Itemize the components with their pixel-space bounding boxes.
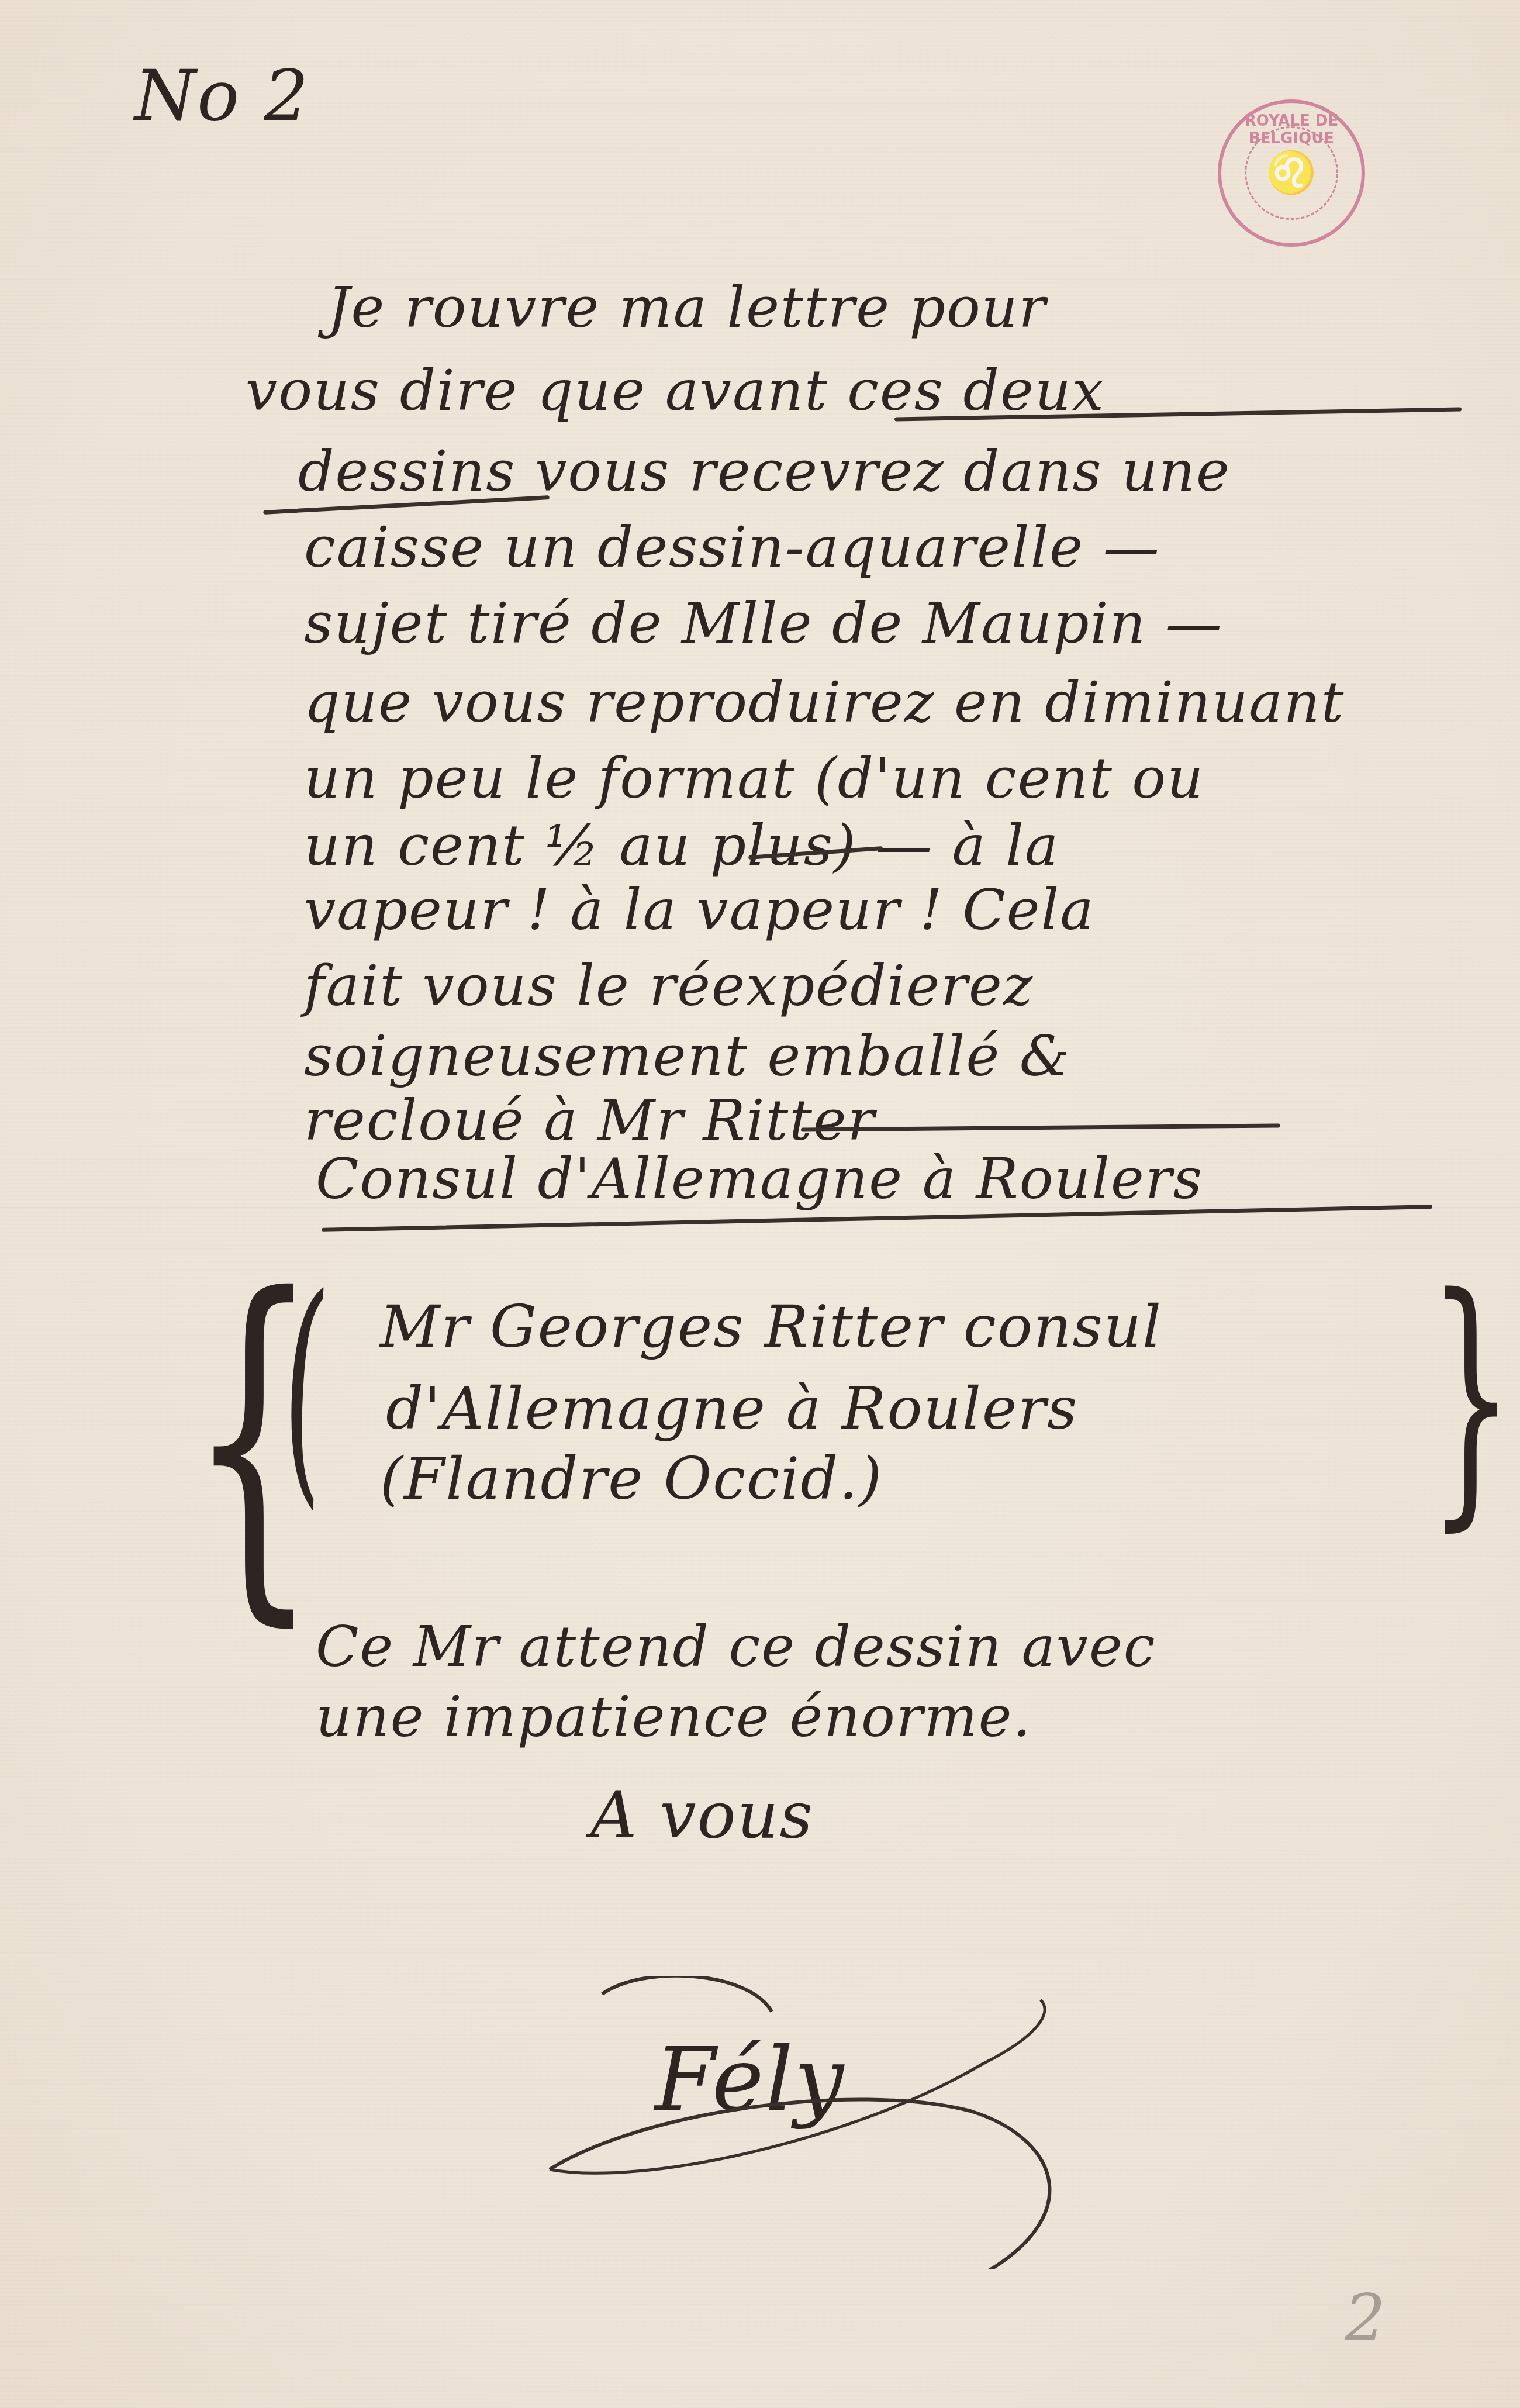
stamp-text: ROYALE DE BELGIQUE <box>1221 112 1362 147</box>
body-line-7: un peu le format (d'un cent ou <box>304 746 1204 811</box>
salutation: A vous <box>590 1778 814 1852</box>
closing-line-2: une impatience énorme. <box>316 1684 1032 1750</box>
right-curly-brace: } <box>1428 1263 1514 1532</box>
address-line-2: d'Allemagne à Roulers <box>386 1374 1078 1443</box>
lion-icon: ♌ <box>1221 149 1362 197</box>
body-line-3: dessins vous recevrez dans une <box>298 439 1231 504</box>
address-line-1: Mr Georges Ritter consul <box>380 1292 1162 1361</box>
pencil-page-number: 2 <box>1345 2281 1386 2355</box>
library-stamp: ROYALE DE BELGIQUE ♌ <box>1218 99 1365 247</box>
body-line-12: recloué à Mr Ritter <box>304 1088 875 1153</box>
body-line-2: vous dire que avant ces deux <box>246 358 1105 423</box>
body-line-4: caisse un dessin-aquarelle — <box>304 515 1160 580</box>
body-line-11: soigneusement emballé & <box>304 1023 1070 1089</box>
body-line-5: sujet tiré de Mlle de Maupin — <box>304 591 1223 656</box>
body-line-8: un cent ½ au plus) — à la <box>304 813 1059 878</box>
letter-number: No 2 <box>134 56 310 137</box>
signature-flourish <box>526 1976 1228 2269</box>
body-line-10: fait vous le réexpédierez <box>304 953 1034 1019</box>
body-line-1: Je rouvre ma lettre pour <box>327 275 1046 340</box>
body-line-13: Consul d'Allemagne à Roulers <box>316 1146 1203 1212</box>
body-line-6: que vous reproduirez en diminuant <box>304 670 1345 735</box>
closing-line-1: Ce Mr attend ce dessin avec <box>316 1614 1156 1679</box>
body-line-9: vapeur ! à la vapeur ! Cela <box>304 877 1095 943</box>
address-line-3: (Flandre Occid.) <box>380 1444 883 1513</box>
